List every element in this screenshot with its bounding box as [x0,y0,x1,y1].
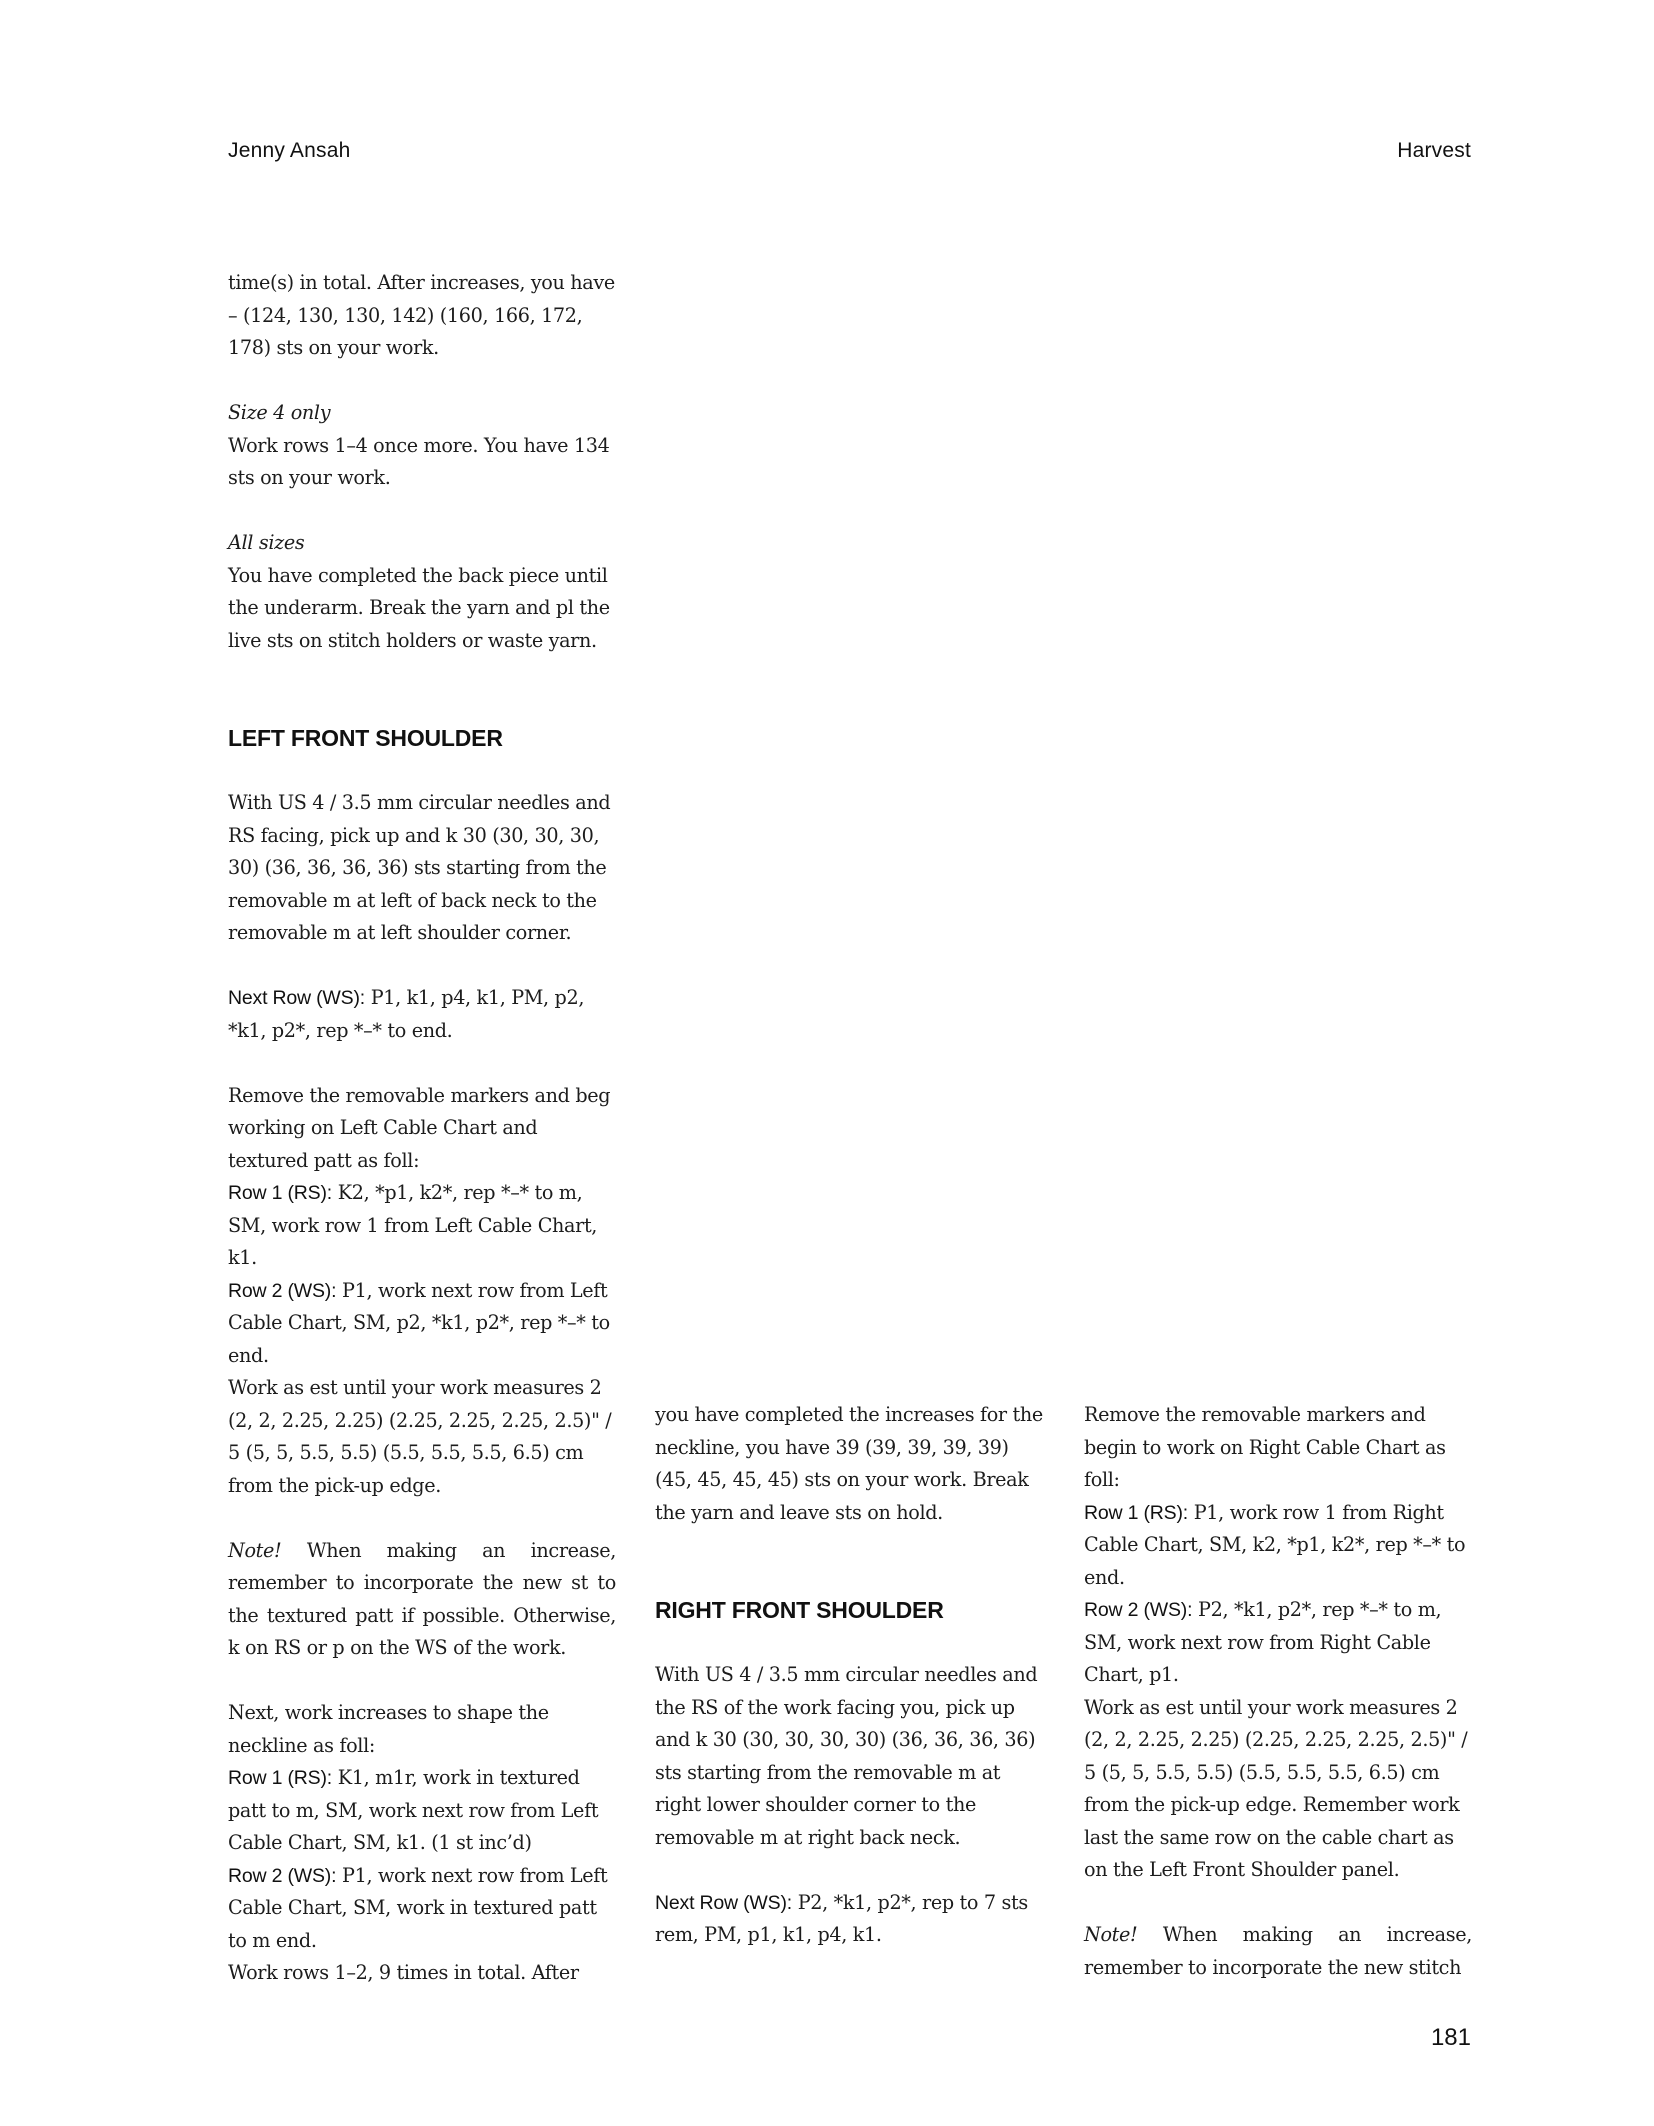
column-3: Remove the removable markers and begin t… [1084,1399,1472,1984]
note-label: Note! [228,1539,281,1562]
row1-label: Row 1 (RS): [228,1182,332,1204]
inc-row1-paragraph: Row 1 (RS): K1, m1r, work in textured pa… [228,1762,616,1860]
note-paragraph: Note! When making an increase, remember … [1084,1919,1472,1984]
remove-markers-paragraph: Remove the removable markers and begin t… [1084,1399,1472,1497]
note-paragraph: Note! When making an increase, remember … [228,1535,616,1665]
size4-heading: Size 4 only [228,397,616,430]
section-heading-right-front-shoulder: RIGHT FRONT SHOULDER [655,1594,1043,1627]
inc-row2-paragraph: Row 2 (WS): P1, work next row from Left … [228,1860,616,1958]
row2-label: Row 2 (WS): [1084,1599,1192,1621]
next-row-paragraph: Next Row (WS): P2, *k1, p2*, rep to 7 st… [655,1887,1043,1952]
work-as-est-paragraph: Work as est until your work measures 2 (… [1084,1692,1472,1887]
page-number: 181 [1431,2024,1471,2052]
section-heading-left-front-shoulder: LEFT FRONT SHOULDER [228,722,616,755]
row2-label: Row 2 (WS): [228,1280,336,1302]
next-row-label: Next Row (WS): [228,987,365,1009]
pickup-paragraph: With US 4 / 3.5 mm circular needles and … [228,787,616,950]
inc-row1-label: Row 1 (RS): [228,1767,332,1789]
work-as-est-paragraph: Work as est until your work measures 2 (… [228,1372,616,1502]
row1-label: Row 1 (RS): [1084,1502,1188,1524]
column-2: you have completed the increases for the… [655,1399,1043,1952]
continued-paragraph: you have completed the increases for the… [655,1399,1043,1529]
next-row-paragraph: Next Row (WS): P1, k1, p4, k1, PM, p2, *… [228,982,616,1047]
remove-markers-paragraph: Remove the removable markers and beg wor… [228,1080,616,1178]
row2-paragraph: Row 2 (WS): P2, *k1, p2*, rep *–* to m, … [1084,1594,1472,1692]
size4-paragraph: Work rows 1–4 once more. You have 134 st… [228,430,616,495]
note-label: Note! [1084,1923,1137,1946]
intro-paragraph: time(s) in total. After increases, you h… [228,267,616,365]
row1-paragraph: Row 1 (RS): P1, work row 1 from Right Ca… [1084,1497,1472,1595]
row1-paragraph: Row 1 (RS): K2, *p1, k2*, rep *–* to m, … [228,1177,616,1275]
note-text: When making an increase, remember to inc… [1084,1923,1472,1979]
allsizes-paragraph: You have completed the back piece until … [228,560,616,658]
next-row-label: Next Row (WS): [655,1892,792,1914]
inc-row2-label: Row 2 (WS): [228,1865,336,1887]
allsizes-heading: All sizes [228,527,616,560]
running-header-title: Harvest [1397,139,1471,163]
note-text: When making an increase, remember to inc… [228,1539,616,1660]
running-header-author: Jenny Ansah [228,139,350,163]
column-1: time(s) in total. After increases, you h… [228,267,616,1990]
next-increases-paragraph: Next, work increases to shape the neckli… [228,1697,616,1762]
row2-paragraph: Row 2 (WS): P1, work next row from Left … [228,1275,616,1373]
work-rows-paragraph: Work rows 1–2, 9 times in total. After [228,1957,616,1990]
pickup-paragraph: With US 4 / 3.5 mm circular needles and … [655,1659,1043,1854]
